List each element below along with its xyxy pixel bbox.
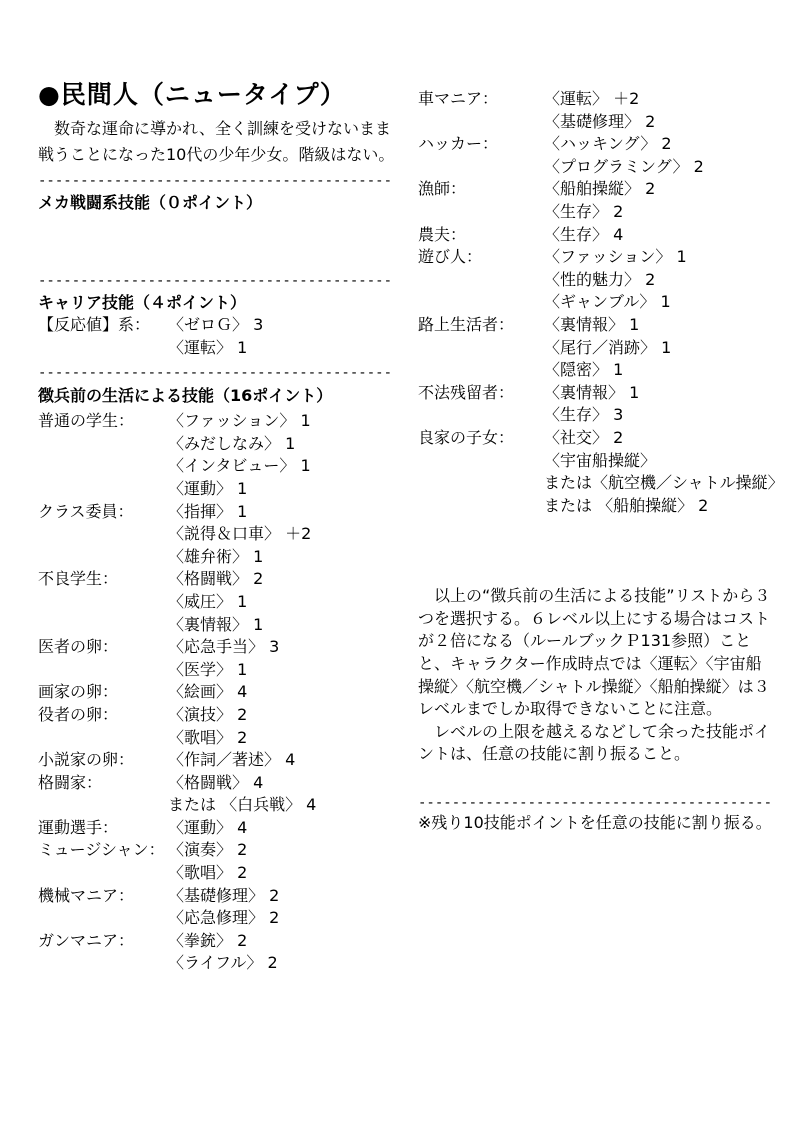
skill-entry: 〈生存〉 2 [544, 201, 655, 224]
occupation-label: ハッカー： [418, 133, 544, 156]
occupation-row: 漁師： 〈船舶操縦〉 2〈生存〉 2 [418, 178, 782, 223]
occupation-label: 遊び人： [418, 246, 544, 269]
skill-list: 〈格闘戦〉 4または 〈白兵戦〉 4 [168, 772, 316, 817]
occupation-label: 医者の卵： [38, 636, 168, 659]
skill-entry: 〈絵画〉 4 [168, 681, 247, 704]
occupation-label: 漁師： [418, 178, 544, 201]
intro-paragraph: 数奇な運命に導かれ、全く訓練を受けないまま戦うことになった10代の少年少女。階級… [38, 116, 394, 168]
skill-list: 〈ハッキング〉 2〈プログラミング〉 2 [544, 133, 704, 178]
occupation-label: ガンマニア： [38, 930, 168, 953]
skill-entry: 〈裏情報〉 1 [544, 382, 639, 405]
career-row: 【反応値】系： 〈ゼロＧ〉 3〈運転〉 1 [38, 314, 394, 359]
skill-list: 〈船舶操縦〉 2〈生存〉 2 [544, 178, 655, 223]
skill-entry: 〈ファッション〉 1 [168, 410, 311, 433]
skill-list: 〈応急手当〉 3〈医学〉 1 [168, 636, 279, 681]
occupation-label: 良家の子女： [418, 427, 544, 450]
section-header-mecha-combat: メカ戦闘系技能（０ポイント） [38, 192, 394, 214]
occupation-row: 役者の卵： 〈演技〉 2〈歌唱〉 2 [38, 704, 394, 749]
skill-entry: または 〈白兵戦〉 4 [168, 794, 316, 817]
skill-entry: 〈歌唱〉 2 [168, 727, 247, 750]
occupation-label: 農夫： [418, 224, 544, 247]
rules-paragraph-leftover: レベルの上限を越えるなどして余った技能ポイントは、任意の技能に割り振ること。 [418, 721, 776, 766]
skill-entry: 〈格闘戦〉 4 [168, 772, 316, 795]
skill-entry: 〈運動〉 1 [168, 478, 311, 501]
skill-entry: 〈宇宙船操縦〉 [544, 450, 784, 473]
skill-list: 〈運動〉 4 [168, 817, 247, 840]
skill-list: 〈裏情報〉 1〈尾行／消跡〉 1〈隠密〉 1 [544, 314, 671, 382]
occupation-row: 画家の卵： 〈絵画〉 4 [38, 681, 394, 704]
occupation-label: 普通の学生： [38, 410, 168, 433]
occupation-label: 機械マニア： [38, 885, 168, 908]
skill-list: 〈ファッション〉 1〈みだしなみ〉 1〈インタビュー〉 1〈運動〉 1 [168, 410, 311, 500]
skill-entry: 〈ライフル〉 2 [168, 952, 278, 975]
occupation-label: 格闘家： [38, 772, 168, 795]
occupation-row: クラス委員： 〈指揮〉 1〈説得＆口車〉 ＋2〈雄弁術〉 1 [38, 501, 394, 569]
occupation-row: 運動選手： 〈運動〉 4 [38, 817, 394, 840]
occupation-row: 車マニア： 〈運転〉 ＋2〈基礎修理〉 2 [418, 88, 782, 133]
left-column: ●民間人（ニュータイプ） 数奇な運命に導かれ、全く訓練を受けないまま戦うことにな… [38, 80, 394, 975]
occupation-label: 運動選手： [38, 817, 168, 840]
occupation-label: 不法残留者： [418, 382, 544, 405]
skill-entry: 〈ギャンブル〉 1 [544, 291, 687, 314]
skill-entry: 〈裏情報〉 1 [168, 614, 263, 637]
skill-entry: または〈航空機／シャトル操縦〉 [544, 472, 784, 495]
section-header-career: キャリア技能（４ポイント） [38, 292, 394, 314]
occupation-row: 普通の学生： 〈ファッション〉 1〈みだしなみ〉 1〈インタビュー〉 1〈運動〉… [38, 410, 394, 500]
skill-entry: 〈雄弁術〉 1 [168, 546, 311, 569]
skill-entry: 〈ハッキング〉 2 [544, 133, 704, 156]
skill-entry: 〈威圧〉 1 [168, 591, 263, 614]
document-page: ●民間人（ニュータイプ） 数奇な運命に導かれ、全く訓練を受けないまま戦うことにな… [0, 0, 794, 1123]
skill-list: 〈拳銃〉 2〈ライフル〉 2 [168, 930, 278, 975]
skill-entry: 〈応急修理〉 2 [168, 907, 279, 930]
skill-entry: 〈演技〉 2 [168, 704, 247, 727]
skill-entry: 〈隠密〉 1 [544, 359, 671, 382]
occupation-row: 格闘家： 〈格闘戦〉 4または 〈白兵戦〉 4 [38, 772, 394, 817]
skill-entry: 〈運転〉 1 [168, 337, 263, 360]
skill-entry: 〈基礎修理〉 2 [168, 885, 279, 908]
skill-entry: 〈指揮〉 1 [168, 501, 311, 524]
occupation-row: 良家の子女： 〈社交〉 2〈宇宙船操縦〉または〈航空機／シャトル操縦〉または 〈… [418, 427, 782, 517]
occupation-label: 画家の卵： [38, 681, 168, 704]
section-divider: ----------------------------------------… [38, 272, 394, 290]
page-title: ●民間人（ニュータイプ） [38, 80, 394, 110]
footnote: ※残り10技能ポイントを任意の技能に割り振る。 [418, 812, 782, 835]
occupation-label: クラス委員： [38, 501, 168, 524]
skill-entry: または 〈船舶操縦〉 2 [544, 495, 784, 518]
occupation-row: 医者の卵： 〈応急手当〉 3〈医学〉 1 [38, 636, 394, 681]
skill-list: 〈作詞／著述〉 4 [168, 749, 295, 772]
skill-list: 〈基礎修理〉 2〈応急修理〉 2 [168, 885, 279, 930]
occupation-row: 小説家の卵： 〈作詞／著述〉 4 [38, 749, 394, 772]
skill-entry: 〈船舶操縦〉 2 [544, 178, 655, 201]
intro-line: 戦うことになった10代の少年少女。階級はない。 [38, 142, 394, 168]
intro-line: 数奇な運命に導かれ、全く訓練を受けないまま [38, 116, 394, 142]
occupation-label: 役者の卵： [38, 704, 168, 727]
occupation-row: ハッカー： 〈ハッキング〉 2〈プログラミング〉 2 [418, 133, 782, 178]
skill-list: 〈ゼロＧ〉 3〈運転〉 1 [168, 314, 263, 359]
occupation-row: ガンマニア： 〈拳銃〉 2〈ライフル〉 2 [38, 930, 394, 975]
skill-entry: 〈作詞／著述〉 4 [168, 749, 295, 772]
skill-list: 〈絵画〉 4 [168, 681, 247, 704]
occupation-row: 不法残留者： 〈裏情報〉 1〈生存〉 3 [418, 382, 782, 427]
skill-entry: 〈生存〉 3 [544, 404, 639, 427]
skill-entry: 〈格闘戦〉 2 [168, 568, 263, 591]
occupation-row: ミュージシャン： 〈演奏〉 2〈歌唱〉 2 [38, 839, 394, 884]
skill-entry: 〈運転〉 ＋2 [544, 88, 655, 111]
skill-entry: 〈医学〉 1 [168, 659, 279, 682]
skill-entry: 〈ファッション〉 1 [544, 246, 687, 269]
skill-entry: 〈みだしなみ〉 1 [168, 433, 311, 456]
occupation-label: 不良学生： [38, 568, 168, 591]
skill-list: 〈社交〉 2〈宇宙船操縦〉または〈航空機／シャトル操縦〉または 〈船舶操縦〉 2 [544, 427, 784, 517]
footnote-divider: ----------------------------------------… [418, 794, 782, 812]
right-column: 車マニア： 〈運転〉 ＋2〈基礎修理〉 2 ハッカー： 〈ハッキング〉 2〈プロ… [418, 80, 782, 835]
occupation-row: 機械マニア： 〈基礎修理〉 2〈応急修理〉 2 [38, 885, 394, 930]
occupation-row: 遊び人： 〈ファッション〉 1〈性的魅力〉 2〈ギャンブル〉 1 [418, 246, 782, 314]
occupation-label: ミュージシャン： [38, 839, 168, 862]
occupation-row: 不良学生： 〈格闘戦〉 2〈威圧〉 1〈裏情報〉 1 [38, 568, 394, 636]
skill-list: 〈演奏〉 2〈歌唱〉 2 [168, 839, 247, 884]
skill-entry: 〈ゼロＧ〉 3 [168, 314, 263, 337]
skill-entry: 〈説得＆口車〉 ＋2 [168, 523, 311, 546]
skill-list: 〈格闘戦〉 2〈威圧〉 1〈裏情報〉 1 [168, 568, 263, 636]
occupation-row: 路上生活者： 〈裏情報〉 1〈尾行／消跡〉 1〈隠密〉 1 [418, 314, 782, 382]
skill-entry: 〈運動〉 4 [168, 817, 247, 840]
skill-entry: 〈演奏〉 2 [168, 839, 247, 862]
empty-space [38, 214, 394, 268]
skill-entry: 〈性的魅力〉 2 [544, 269, 687, 292]
skill-list: 〈ファッション〉 1〈性的魅力〉 2〈ギャンブル〉 1 [544, 246, 687, 314]
skill-list: 〈裏情報〉 1〈生存〉 3 [544, 382, 639, 427]
rules-paragraph-selection: 以上の“徴兵前の生活による技能”リストから３つを選択する。６レベル以上にする場合… [418, 585, 776, 721]
section-header-pre-enlistment: 徴兵前の生活による技能（16ポイント） [38, 385, 394, 407]
skill-entry: 〈プログラミング〉 2 [544, 156, 704, 179]
skill-entry: 〈応急手当〉 3 [168, 636, 279, 659]
skill-entry: 〈基礎修理〉 2 [544, 111, 655, 134]
skill-entry: 〈裏情報〉 1 [544, 314, 671, 337]
skill-entry: 〈インタビュー〉 1 [168, 455, 311, 478]
occupation-label: 路上生活者： [418, 314, 544, 337]
career-label: 【反応値】系： [38, 314, 168, 337]
skill-table-left: 普通の学生： 〈ファッション〉 1〈みだしなみ〉 1〈インタビュー〉 1〈運動〉… [38, 410, 394, 975]
occupation-label: 車マニア： [418, 88, 544, 111]
career-skill-table: 【反応値】系： 〈ゼロＧ〉 3〈運転〉 1 [38, 314, 394, 359]
skill-list: 〈生存〉 4 [544, 224, 623, 247]
occupation-row: 農夫： 〈生存〉 4 [418, 224, 782, 247]
skill-entry: 〈生存〉 4 [544, 224, 623, 247]
skill-table-right: 車マニア： 〈運転〉 ＋2〈基礎修理〉 2 ハッカー： 〈ハッキング〉 2〈プロ… [418, 88, 782, 517]
skill-list: 〈指揮〉 1〈説得＆口車〉 ＋2〈雄弁術〉 1 [168, 501, 311, 569]
occupation-label: 小説家の卵： [38, 749, 168, 772]
skill-entry: 〈拳銃〉 2 [168, 930, 278, 953]
skill-list: 〈運転〉 ＋2〈基礎修理〉 2 [544, 88, 655, 133]
section-divider: ----------------------------------------… [38, 172, 394, 190]
skill-entry: 〈社交〉 2 [544, 427, 784, 450]
skill-entry: 〈歌唱〉 2 [168, 862, 247, 885]
skill-entry: 〈尾行／消跡〉 1 [544, 337, 671, 360]
section-divider: ----------------------------------------… [38, 364, 394, 382]
skill-list: 〈演技〉 2〈歌唱〉 2 [168, 704, 247, 749]
